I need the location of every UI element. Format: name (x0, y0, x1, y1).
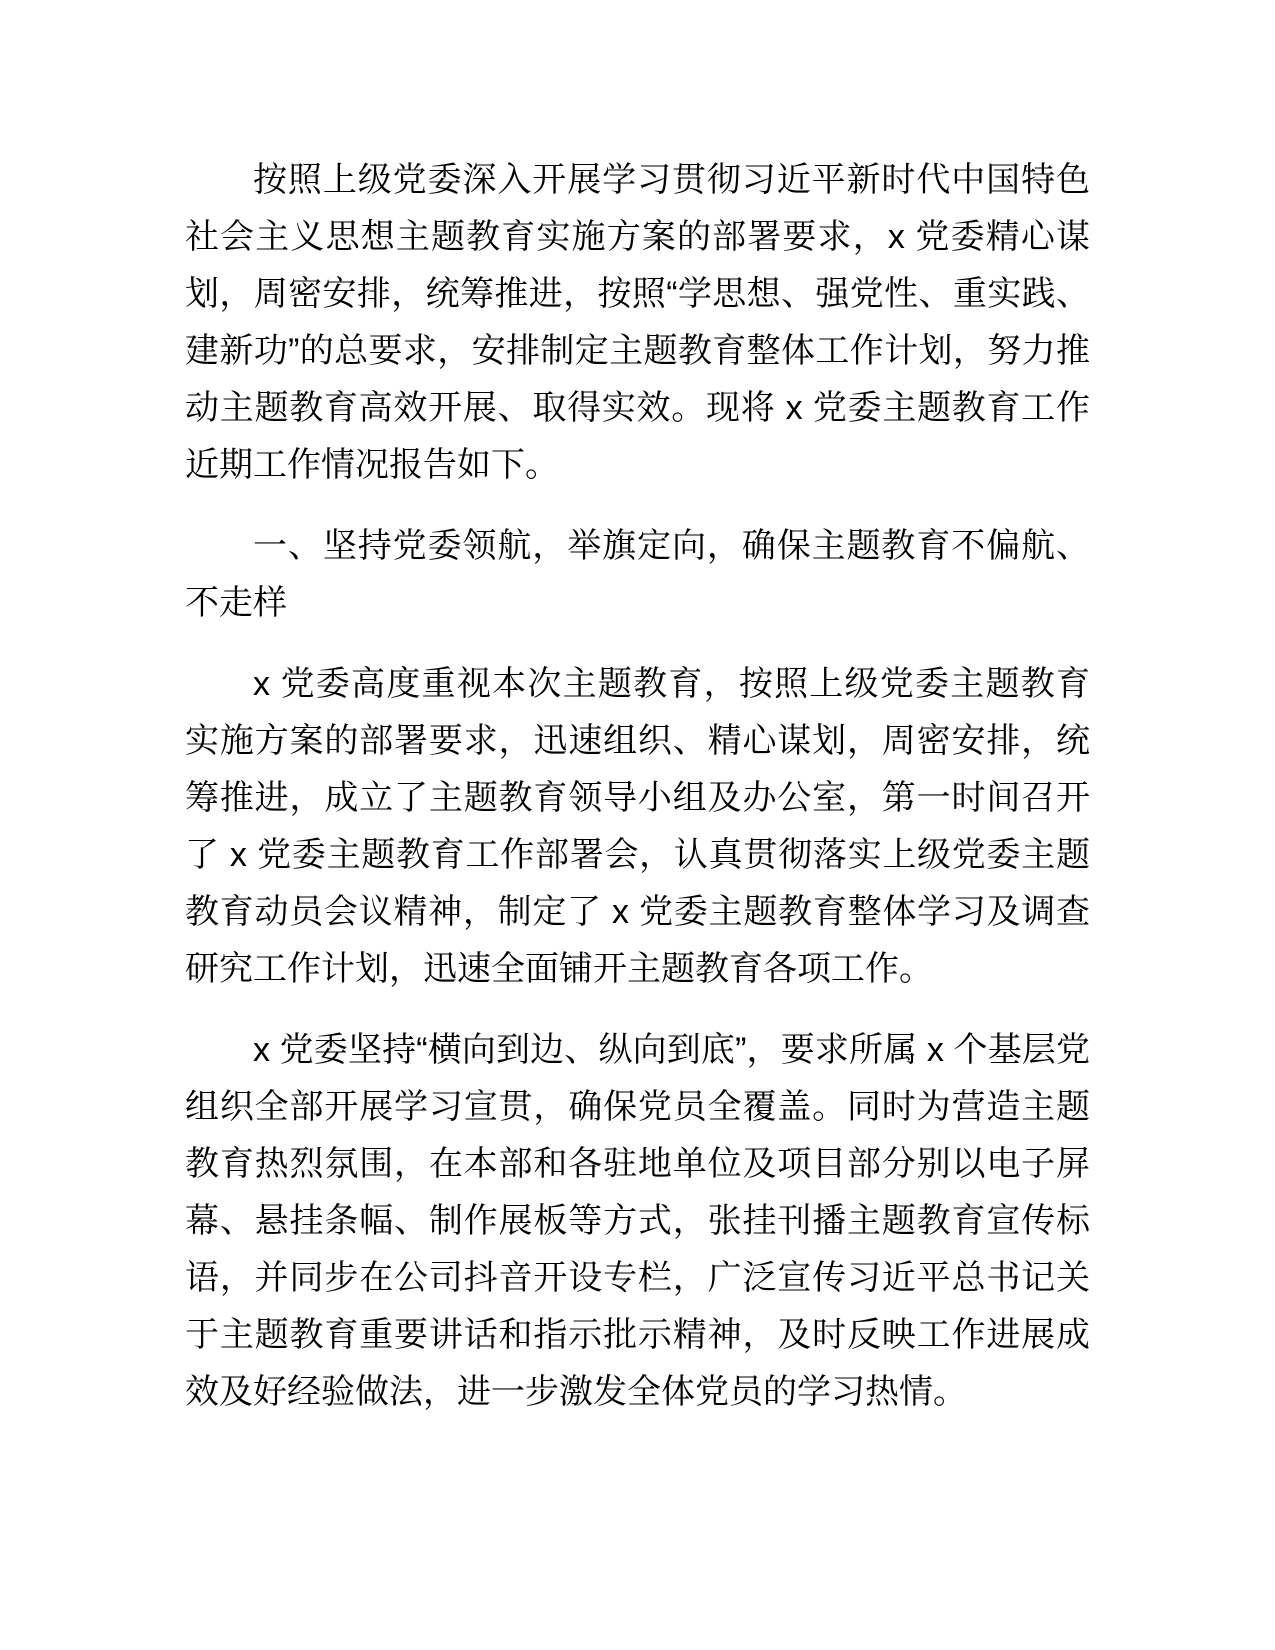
paragraph-intro: 按照上级党委深入开展学习贯彻习近平新时代中国特色社会主义思想主题教育实施方案的部… (185, 152, 1090, 494)
section-heading-1: 一、坚持党委领航，举旗定向，确保主题教育不偏航、不走样 (185, 518, 1090, 632)
paragraph-section1-body2: x 党委坚持“横向到边、纵向到底”，要求所属 x 个基层党组织全部开展学习宣贯，… (185, 1022, 1090, 1421)
document-page: 按照上级党委深入开展学习贯彻习近平新时代中国特色社会主义思想主题教育实施方案的部… (0, 0, 1275, 1650)
document-body: 按照上级党委深入开展学习贯彻习近平新时代中国特色社会主义思想主题教育实施方案的部… (185, 152, 1090, 1421)
paragraph-section1-body1: x 党委高度重视本次主题教育，按照上级党委主题教育实施方案的部署要求，迅速组织、… (185, 656, 1090, 998)
